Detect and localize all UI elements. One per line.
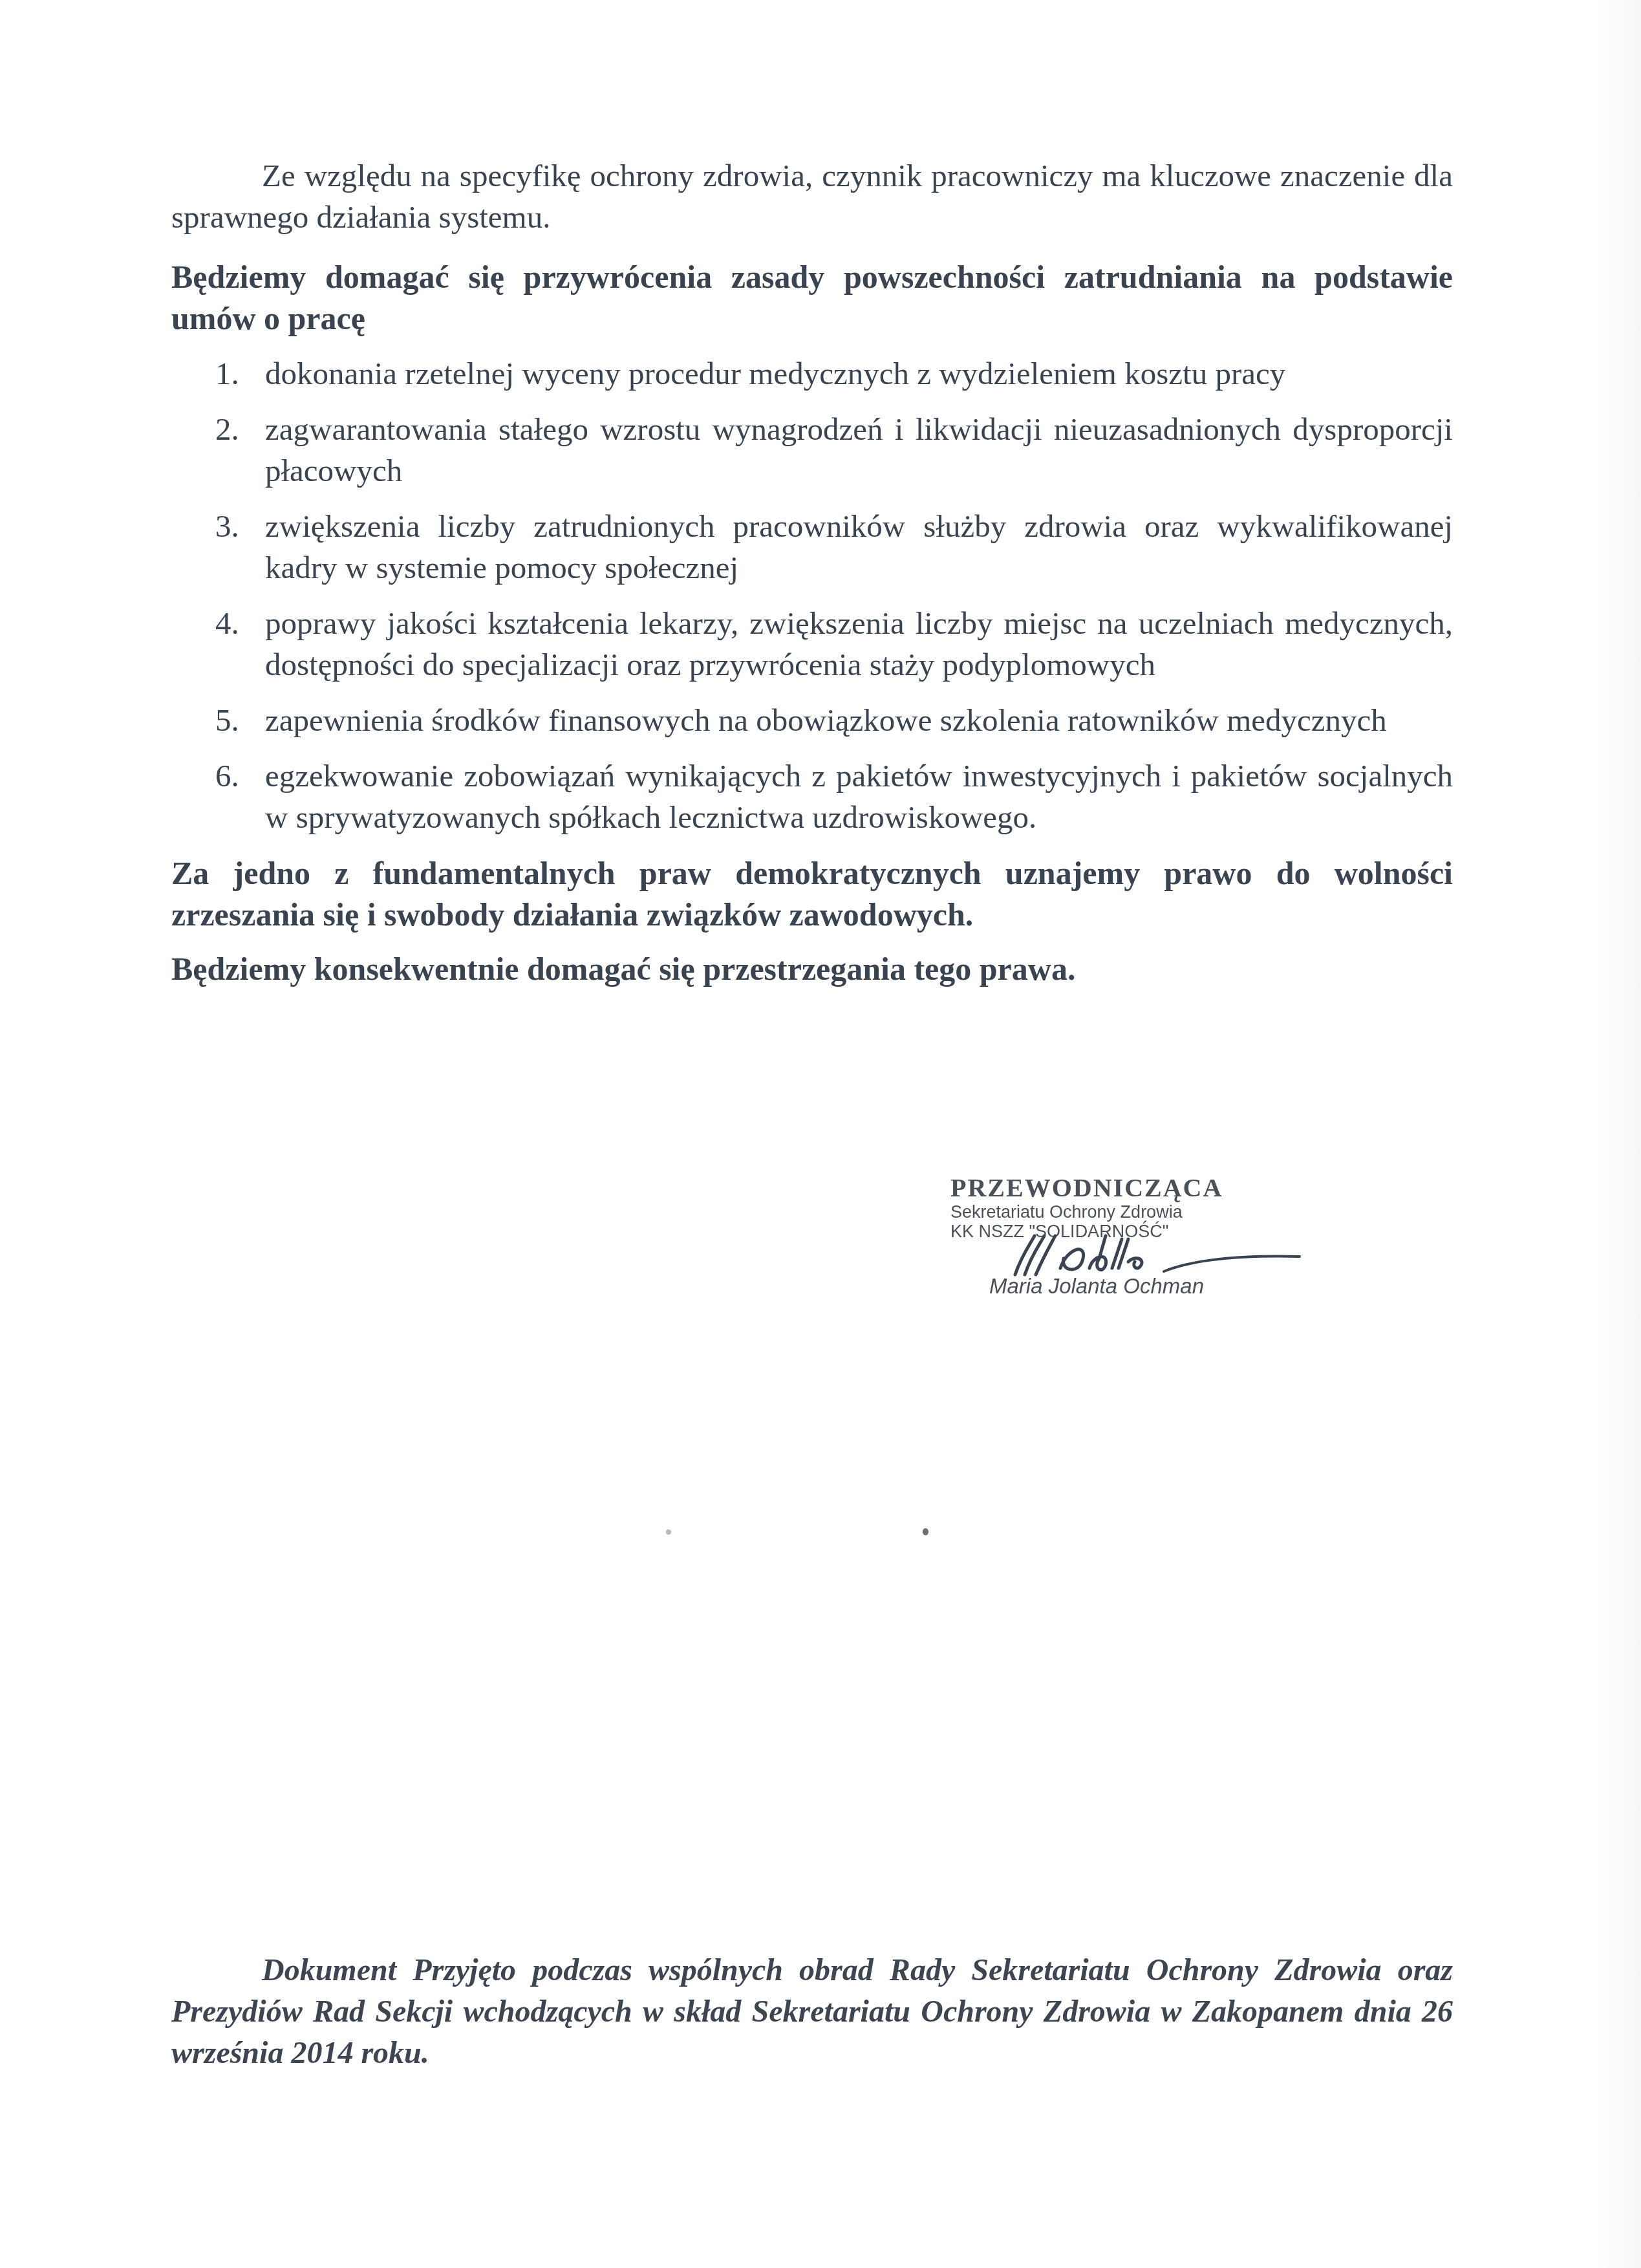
adoption-note-text: Dokument Przyjęto podczas wspólnych obra… bbox=[171, 1950, 1453, 2074]
list-item-number: 4. bbox=[215, 603, 239, 644]
demand-heading: Będziemy domagać się przywrócenia zasady… bbox=[171, 256, 1453, 339]
list-item-text: zapewnienia środków finansowych na obowi… bbox=[265, 700, 1453, 741]
list-item: 1. dokonania rzetelnej wyceny procedur m… bbox=[171, 353, 1453, 394]
list-item-text: zagwarantowania stałego wzrostu wynagrod… bbox=[265, 409, 1453, 491]
list-item-number: 6. bbox=[215, 755, 239, 797]
scan-edge-shadow bbox=[1596, 0, 1641, 2268]
list-item-text: poprawy jakości kształcenia lekarzy, zwi… bbox=[265, 603, 1453, 686]
scan-speck bbox=[666, 1529, 671, 1535]
list-item: 4. poprawy jakości kształcenia lekarzy, … bbox=[171, 603, 1453, 686]
list-item: 6. egzekwowanie zobowiązań wynikających … bbox=[171, 755, 1453, 838]
handwritten-signature-icon bbox=[976, 1229, 1364, 1281]
list-item: 5. zapewnienia środków finansowych na ob… bbox=[171, 700, 1453, 741]
list-item-number: 5. bbox=[215, 700, 239, 741]
rights-paragraph: Za jedno z fundamentalnych praw demokrat… bbox=[171, 852, 1453, 935]
adoption-note: Dokument Przyjęto podczas wspólnych obra… bbox=[171, 1950, 1453, 2074]
signature-title: PRZEWODNICZĄCA bbox=[950, 1174, 1390, 1202]
closing-statement: Będziemy konsekwentnie domagać się przes… bbox=[171, 948, 1453, 989]
list-item-number: 2. bbox=[215, 409, 239, 450]
list-item-text: zwiększenia liczby zatrudnionych pracown… bbox=[265, 506, 1453, 589]
demands-list: 1. dokonania rzetelnej wyceny procedur m… bbox=[171, 353, 1453, 838]
document-body: Ze względu na specyfikę ochrony zdrowia,… bbox=[171, 155, 1453, 989]
list-item: 2. zagwarantowania stałego wzrostu wynag… bbox=[171, 409, 1453, 491]
scanned-document-page: Ze względu na specyfikę ochrony zdrowia,… bbox=[0, 0, 1641, 2268]
intro-paragraph: Ze względu na specyfikę ochrony zdrowia,… bbox=[171, 155, 1453, 238]
signature-stamp: PRZEWODNICZĄCA Sekretariatu Ochrony Zdro… bbox=[950, 1174, 1390, 1298]
list-item-number: 1. bbox=[215, 353, 239, 394]
signature-organization: Sekretariatu Ochrony Zdrowia bbox=[950, 1202, 1390, 1222]
scan-speck bbox=[923, 1528, 928, 1535]
list-item-text: dokonania rzetelnej wyceny procedur medy… bbox=[265, 353, 1453, 394]
list-item: 3. zwiększenia liczby zatrudnionych prac… bbox=[171, 506, 1453, 589]
list-item-number: 3. bbox=[215, 506, 239, 547]
list-item-text: egzekwowanie zobowiązań wynikających z p… bbox=[265, 755, 1453, 838]
handwritten-signature bbox=[950, 1236, 1390, 1275]
